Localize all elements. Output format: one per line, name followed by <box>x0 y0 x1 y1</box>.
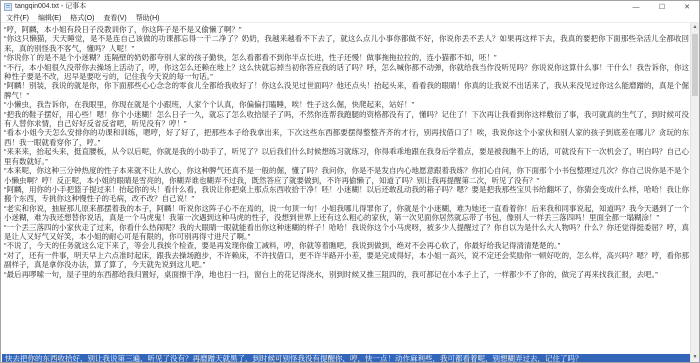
paragraph: “不说了，今天的任务就这么定下来了，等会儿我挨个检查，要是再发现你偷工减料，哼，… <box>4 241 689 250</box>
paragraph: “对了，还有一件事，明天早上六点准时起床，跟我去操场跑步，不许赖床，不许找借口，… <box>4 251 689 270</box>
paragraph: “你这只懒猫，天天睡觉，是不是连自己该做的功课都忘得一干二净了？奶奶，我越来越看… <box>4 34 689 53</box>
paragraph: “最后再啰嗦一句，屋子里的东西都给我归置好，桌面擦干净，地也扫一扫，窗台上的花记… <box>4 270 689 279</box>
window-title: tangqin004.txt - 记事本 <box>15 1 86 13</box>
paragraph: “本来呢，你这种三分钟热度的性子本来就不让人放心，你这种脾气还真不是一般的倔，懂… <box>4 166 689 185</box>
paragraph: “阿麟！别装，我说的就是你，你下面那些心心念念的零食儿全都给我收好了！你这么没见… <box>4 81 689 100</box>
menu-bar: 文件(F) 编辑(E) 格式(O) 查看(V) 帮助(H) <box>1 13 699 23</box>
paragraph: “你说你丫的是不是个小迷糊？连隔壁的奶奶都夸别人家的孩子勤快，怎么看都看不到你半… <box>4 53 689 62</box>
notepad-app-icon <box>4 3 12 11</box>
menu-help[interactable]: 帮助(H) <box>136 13 160 23</box>
paragraph: “看本小姐今天怎么安排你的功课和训练，嗯哼，好了好了，把那些本子给我拿出来，下次… <box>4 128 689 147</box>
notepad-window: tangqin004.txt - 记事本 — ☐ ✕ 文件(F) 编辑(E) 格… <box>0 0 700 363</box>
paragraph: “哼，阿麟，本小姐有段日子没教训你了，你这阵子是不是又偷懒了啊？” <box>4 25 689 34</box>
menu-view[interactable]: 查看(V) <box>103 13 126 23</box>
selected-text-line[interactable]: 快去把你的东西收拾好，别让我说第三遍，听见了没有？再磨蹭天就黑了，到时候可别怪我… <box>2 354 691 362</box>
paragraph: “把我的鞋子摆好，用心些！嗯！你个小迷糊！怎么日子一久，就忘了怎么收拾屋子了吗，… <box>4 110 689 129</box>
text-editor-area[interactable]: “哼，阿麟，本小姐有段日子没教训你了，你这阵子是不是又偷懒了啊？”“你这只懒猫，… <box>1 23 690 362</box>
paragraph: “老实和你说，抽屉那儿原来都摆着我的本子，阿麟！听说你这阵子心不在焉的，说一句顶… <box>4 204 689 223</box>
paragraph: “阿麟，用你的小手把篮子提过来！抬起你的头！看什么看，我说让你把桌上那点东西收拾… <box>4 185 689 204</box>
scroll-down-icon[interactable]: ▼ <box>691 353 699 362</box>
paragraph: “不行，本小姐很久没带你去操场上活动了，哼，你这怎么还赖在地上？这么快就忘掉当初… <box>4 63 689 82</box>
title-bar[interactable]: tangqin004.txt - 记事本 — ☐ ✕ <box>1 1 699 13</box>
paragraph: “来来来，抬起头来，挺直腰板，从今以后呢，你就是我的小助手了，听见了？以后我们什… <box>4 147 689 166</box>
window-controls: — ☐ ✕ <box>623 1 699 13</box>
menu-edit[interactable]: 编辑(E) <box>38 13 61 23</box>
minimize-button[interactable]: — <box>623 1 649 13</box>
maximize-button[interactable]: ☐ <box>649 1 675 13</box>
scroll-up-icon[interactable]: ▲ <box>691 23 699 32</box>
close-button[interactable]: ✕ <box>675 1 699 13</box>
scrollbar-thumb[interactable] <box>692 34 698 96</box>
menu-format[interactable]: 格式(O) <box>70 13 94 23</box>
menu-file[interactable]: 文件(F) <box>6 13 29 23</box>
vertical-scrollbar[interactable]: ▲ ▼ <box>690 23 699 362</box>
paragraph: “小懒虫，我告诉你，在我眼里，你现在就是个小跟班，人家个个认真，你偏偏打瞌睡，唉… <box>4 100 689 109</box>
paragraph: “一个丢三落四的小家伙走了过来，你看什么热闹呢？我的大眼睛一眼就能看出你这种迷糊… <box>4 223 689 242</box>
